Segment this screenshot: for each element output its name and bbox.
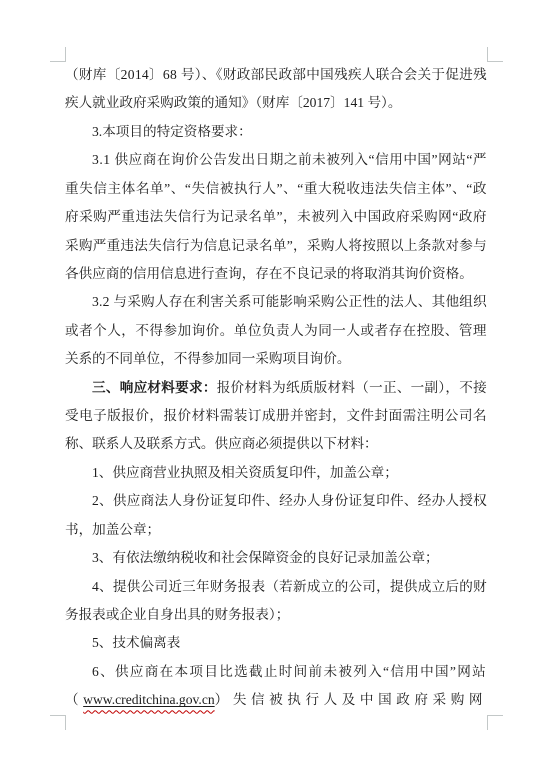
creditchina-link[interactable]: www.creditchina.gov.cn — [83, 692, 214, 707]
line-content: 疾人就业政府采购政策的通知》（财库〔2017〕141 号）。 — [65, 89, 401, 117]
text-area[interactable]: （财库〔2014〕68 号）、《财政部民政部中国残疾人联合会关于促进残疾人就业政… — [65, 61, 487, 715]
line-content: （财库〔2014〕68 号）、《财政部民政部中国残疾人联合会关于促进残 — [65, 61, 487, 89]
line-content: 2、供应商法人身份证复印件、经办人身份证复印件、经办人授权 — [92, 487, 487, 515]
text-run: 关系的不同单位，不得参加同一采购项目询价。 — [65, 351, 350, 366]
line-content: 务报表或企业自身出具的财务报表）； — [65, 601, 289, 629]
line-content: 称、联系人及联系方式。供应商必须提供以下材料： — [65, 430, 378, 458]
line-content: 受电子版报价，报价材料需装订成册并密封，文件封面需注明公司名 — [65, 402, 487, 430]
text-run: 2、供应商法人身份证复印件、经办人身份证复印件、经办人授权 — [92, 493, 487, 508]
text-line: 4、提供公司近三年财务报表（若新成立的公司，提供成立后的财 — [65, 573, 487, 601]
text-run: ）失信被执行人及中国政府采购网 — [215, 692, 487, 707]
text-run: 重失信主体名单”、“失信被执行人”、“重大税收违法失信主体”、“政 — [65, 181, 487, 196]
line-content: 3、有依法缴纳税收和社会保障资金的良好记录加盖公章； — [92, 544, 439, 572]
text-line: 书，加盖公章； — [65, 516, 487, 544]
line-content: 三、响应材料要求：报价材料为纸质版材料（一正、一副），不接 — [92, 374, 487, 402]
text-run: 6、供应商在本项目比选截止时间前未被列入“信用中国”网站 — [92, 664, 487, 679]
text-run: 三、响应材料要求： — [92, 380, 217, 395]
crop-mark-top-right — [487, 47, 503, 62]
crop-mark-bottom-right — [487, 715, 503, 730]
text-run: 1、供应商营业执照及相关资质复印件，加盖公章； — [92, 465, 398, 480]
text-line: （www.creditchina.gov.cn）失信被执行人及中国政府采购网 — [65, 686, 487, 714]
text-line: 1、供应商营业执照及相关资质复印件，加盖公章； — [65, 459, 487, 487]
text-run: 疾人就业政府采购政策的通知》（财库〔2017〕141 号）。 — [65, 95, 401, 110]
line-content: 关系的不同单位，不得参加同一采购项目询价。 — [65, 345, 350, 373]
text-run: 书，加盖公章； — [65, 522, 160, 537]
text-line: 关系的不同单位，不得参加同一采购项目询价。 — [65, 345, 487, 373]
text-line: （财库〔2014〕68 号）、《财政部民政部中国残疾人联合会关于促进残 — [65, 61, 487, 89]
text-line: 府采购严重违法失信行为记录名单”，未被列入中国政府采购网“政府 — [65, 203, 487, 231]
text-line: 3.2 与采购人存在利害关系可能影响采购公正性的法人、其他组织 — [65, 288, 487, 316]
text-run: （财库〔2014〕68 号）、《财政部民政部中国残疾人联合会关于促进残 — [65, 67, 487, 82]
line-content: 3.本项目的特定资格要求： — [92, 118, 252, 146]
text-run: 称、联系人及联系方式。供应商必须提供以下材料： — [65, 436, 378, 451]
text-line: 疾人就业政府采购政策的通知》（财库〔2017〕141 号）。 — [65, 89, 487, 117]
line-content: 4、提供公司近三年财务报表（若新成立的公司，提供成立后的财 — [92, 573, 487, 601]
line-content: 府采购严重违法失信行为记录名单”，未被列入中国政府采购网“政府 — [65, 203, 487, 231]
text-run: 3.本项目的特定资格要求： — [92, 124, 252, 139]
text-run: 务报表或企业自身出具的财务报表）； — [65, 607, 289, 622]
line-content: 采购严重违法失信行为信息记录名单”，采购人将按照以上条款对参与 — [65, 232, 487, 260]
line-content: 各供应商的信用信息进行查询，存在不良记录的将取消其询价资格。 — [65, 260, 473, 288]
text-line: 或者个人，不得参加询价。单位负责人为同一人或者存在控股、管理 — [65, 317, 487, 345]
text-run: 5、技术偏离表 — [92, 635, 180, 650]
text-line: 3、有依法缴纳税收和社会保障资金的良好记录加盖公章； — [65, 544, 487, 572]
text-line: 三、响应材料要求：报价材料为纸质版材料（一正、一副），不接 — [65, 374, 487, 402]
line-content: 3.2 与采购人存在利害关系可能影响采购公正性的法人、其他组织 — [92, 288, 487, 316]
text-run: 受电子版报价，报价材料需装订成册并密封，文件封面需注明公司名 — [65, 408, 487, 423]
text-line: 各供应商的信用信息进行查询，存在不良记录的将取消其询价资格。 — [65, 260, 487, 288]
text-line: 2、供应商法人身份证复印件、经办人身份证复印件、经办人授权 — [65, 487, 487, 515]
line-content: 6、供应商在本项目比选截止时间前未被列入“信用中国”网站 — [92, 658, 486, 686]
text-run: 采购严重违法失信行为信息记录名单”，采购人将按照以上条款对参与 — [65, 238, 487, 253]
text-run: 3.2 与采购人存在利害关系可能影响采购公正性的法人、其他组织 — [92, 294, 487, 309]
text-line: 受电子版报价，报价材料需装订成册并密封，文件封面需注明公司名 — [65, 402, 487, 430]
text-line: 3.1 供应商在询价公告发出日期之前未被列入“信用中国”网站“严 — [65, 146, 487, 174]
text-run: 4、提供公司近三年财务报表（若新成立的公司，提供成立后的财 — [92, 579, 487, 594]
text-line: 3.本项目的特定资格要求： — [65, 118, 487, 146]
document-page: （财库〔2014〕68 号）、《财政部民政部中国残疾人联合会关于促进残疾人就业政… — [0, 0, 549, 777]
line-content: 1、供应商营业执照及相关资质复印件，加盖公章； — [92, 459, 398, 487]
text-run: 3、有依法缴纳税收和社会保障资金的良好记录加盖公章； — [92, 550, 439, 565]
text-run: 各供应商的信用信息进行查询，存在不良记录的将取消其询价资格。 — [65, 266, 473, 281]
line-content: 5、技术偏离表 — [92, 629, 180, 657]
text-run: 3.1 供应商在询价公告发出日期之前未被列入“信用中国”网站“严 — [92, 152, 487, 167]
line-content: 或者个人，不得参加询价。单位负责人为同一人或者存在控股、管理 — [65, 317, 487, 345]
line-content: （www.creditchina.gov.cn）失信被执行人及中国政府采购网 — [65, 686, 482, 714]
text-line: 5、技术偏离表 — [65, 629, 487, 657]
line-content: 3.1 供应商在询价公告发出日期之前未被列入“信用中国”网站“严 — [92, 146, 487, 174]
text-run: 或者个人，不得参加询价。单位负责人为同一人或者存在控股、管理 — [65, 323, 487, 338]
text-line: 采购严重违法失信行为信息记录名单”，采购人将按照以上条款对参与 — [65, 232, 487, 260]
text-line: 务报表或企业自身出具的财务报表）； — [65, 601, 487, 629]
text-line: 称、联系人及联系方式。供应商必须提供以下材料： — [65, 430, 487, 458]
text-run: 报价材料为纸质版材料（一正、一副），不接 — [217, 380, 487, 395]
text-line: 6、供应商在本项目比选截止时间前未被列入“信用中国”网站 — [65, 658, 487, 686]
text-line: 重失信主体名单”、“失信被执行人”、“重大税收违法失信主体”、“政 — [65, 175, 487, 203]
crop-mark-top-left — [50, 47, 66, 62]
text-run: 府采购严重违法失信行为记录名单”，未被列入中国政府采购网“政府 — [65, 209, 487, 224]
text-run: （ — [65, 692, 83, 707]
line-content: 书，加盖公章； — [65, 516, 160, 544]
crop-mark-bottom-left — [50, 715, 66, 730]
line-content: 重失信主体名单”、“失信被执行人”、“重大税收违法失信主体”、“政 — [65, 175, 486, 203]
